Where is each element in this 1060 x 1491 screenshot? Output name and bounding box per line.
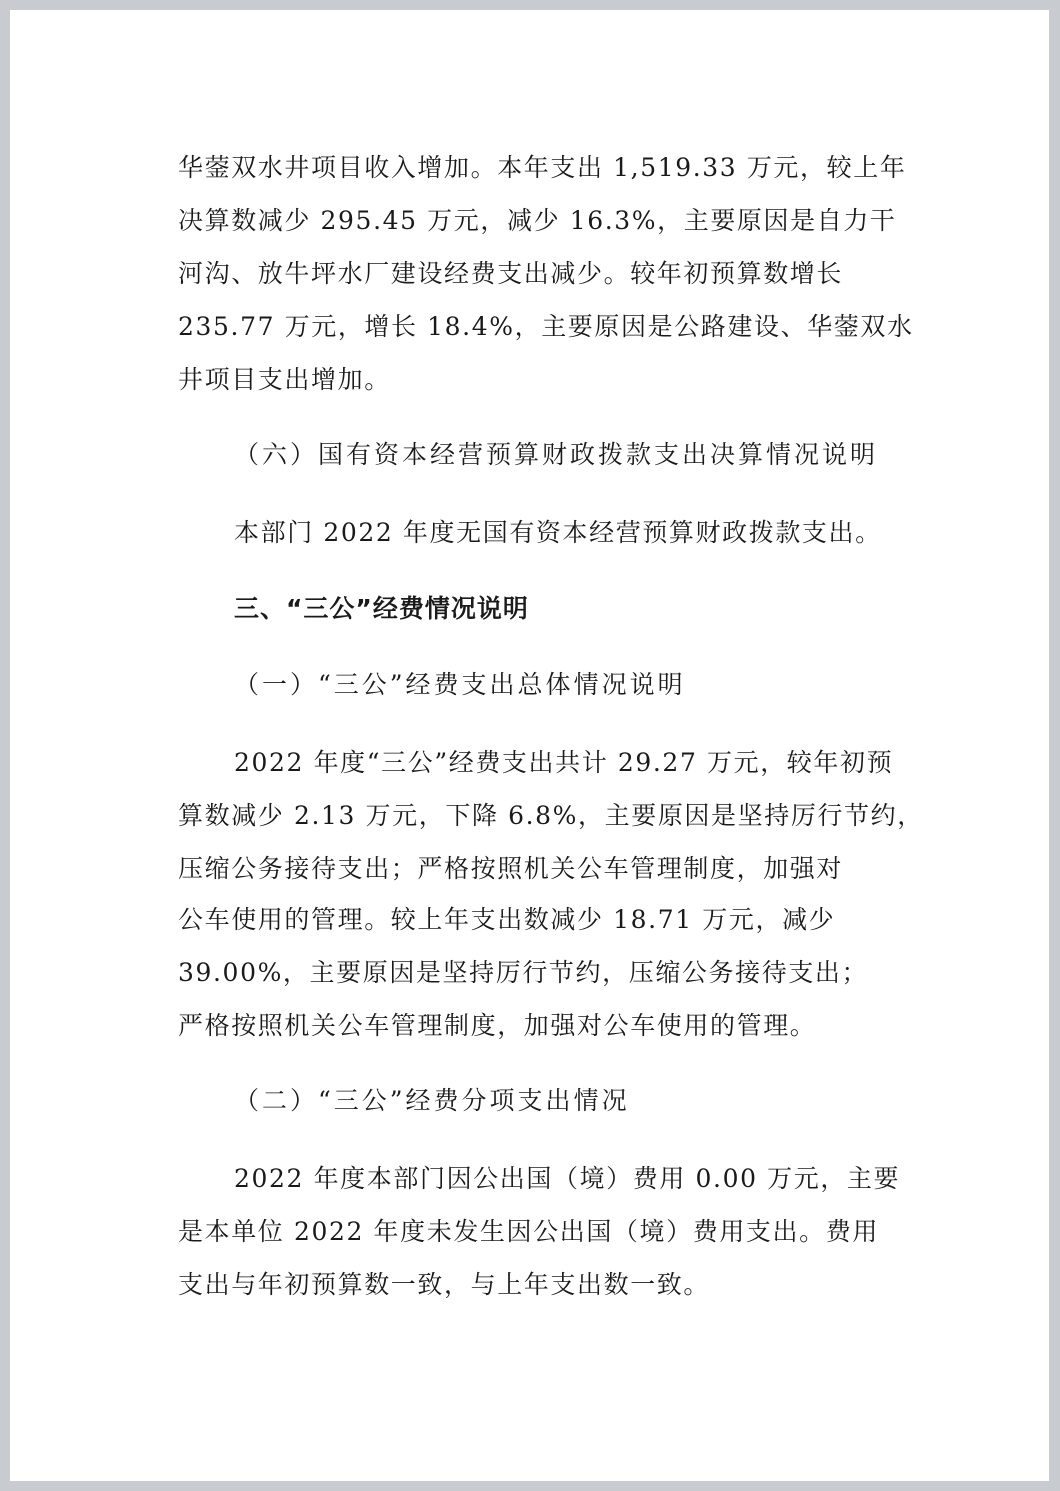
text-line: 算数减少 2.13 万元，下降 6.8%，主要原因是坚持厉行节约， (178, 801, 924, 831)
text-line: 39.00%，主要原因是坚持厉行节约，压缩公务接待支出； (178, 958, 868, 988)
text-line: 本部门 2022 年度无国有资本经营预算财政拨款支出。 (234, 518, 882, 548)
text-line: 井项目支出增加。 (178, 365, 391, 395)
section-subheading-1: （一）“三公”经费支出总体情况说明 (234, 670, 686, 700)
text-line: 严格按照机关公车管理制度，加强对公车使用的管理。 (178, 1011, 816, 1041)
text-line: 支出与年初预算数一致，与上年支出数一致。 (178, 1270, 710, 1300)
text-line: 是本单位 2022 年度未发生因公出国（境）费用支出。费用 (178, 1217, 879, 1247)
section-heading-3: 三、“三公”经费情况说明 (234, 594, 529, 624)
text-line: 235.77 万元，增长 18.4%，主要原因是公路建设、华蓥双水 (178, 312, 914, 342)
text-line: 华蓥双水井项目收入增加。本年支出 1,519.33 万元，较上年 (178, 153, 906, 183)
text-line: 2022 年度本部门因公出国（境）费用 0.00 万元，主要 (234, 1164, 900, 1194)
text-line: 河沟、放牛坪水厂建设经费支出减少。较年初预算数增长 (178, 259, 843, 289)
section-subheading-6: （六）国有资本经营预算财政拨款支出决算情况说明 (234, 440, 878, 470)
text-line: 公车使用的管理。较上年支出数减少 18.71 万元，减少 (178, 905, 835, 935)
document-page: 华蓥双水井项目收入增加。本年支出 1,519.33 万元，较上年 决算数减少 2… (10, 10, 1049, 1481)
text-line: 2022 年度“三公”经费支出共计 29.27 万元，较年初预 (234, 748, 893, 778)
text-line: 决算数减少 295.45 万元，减少 16.3%，主要原因是自力干 (178, 206, 897, 236)
text-line: 压缩公务接待支出；严格按照机关公车管理制度，加强对 (178, 854, 843, 884)
section-subheading-2: （二）“三公”经费分项支出情况 (234, 1086, 630, 1116)
